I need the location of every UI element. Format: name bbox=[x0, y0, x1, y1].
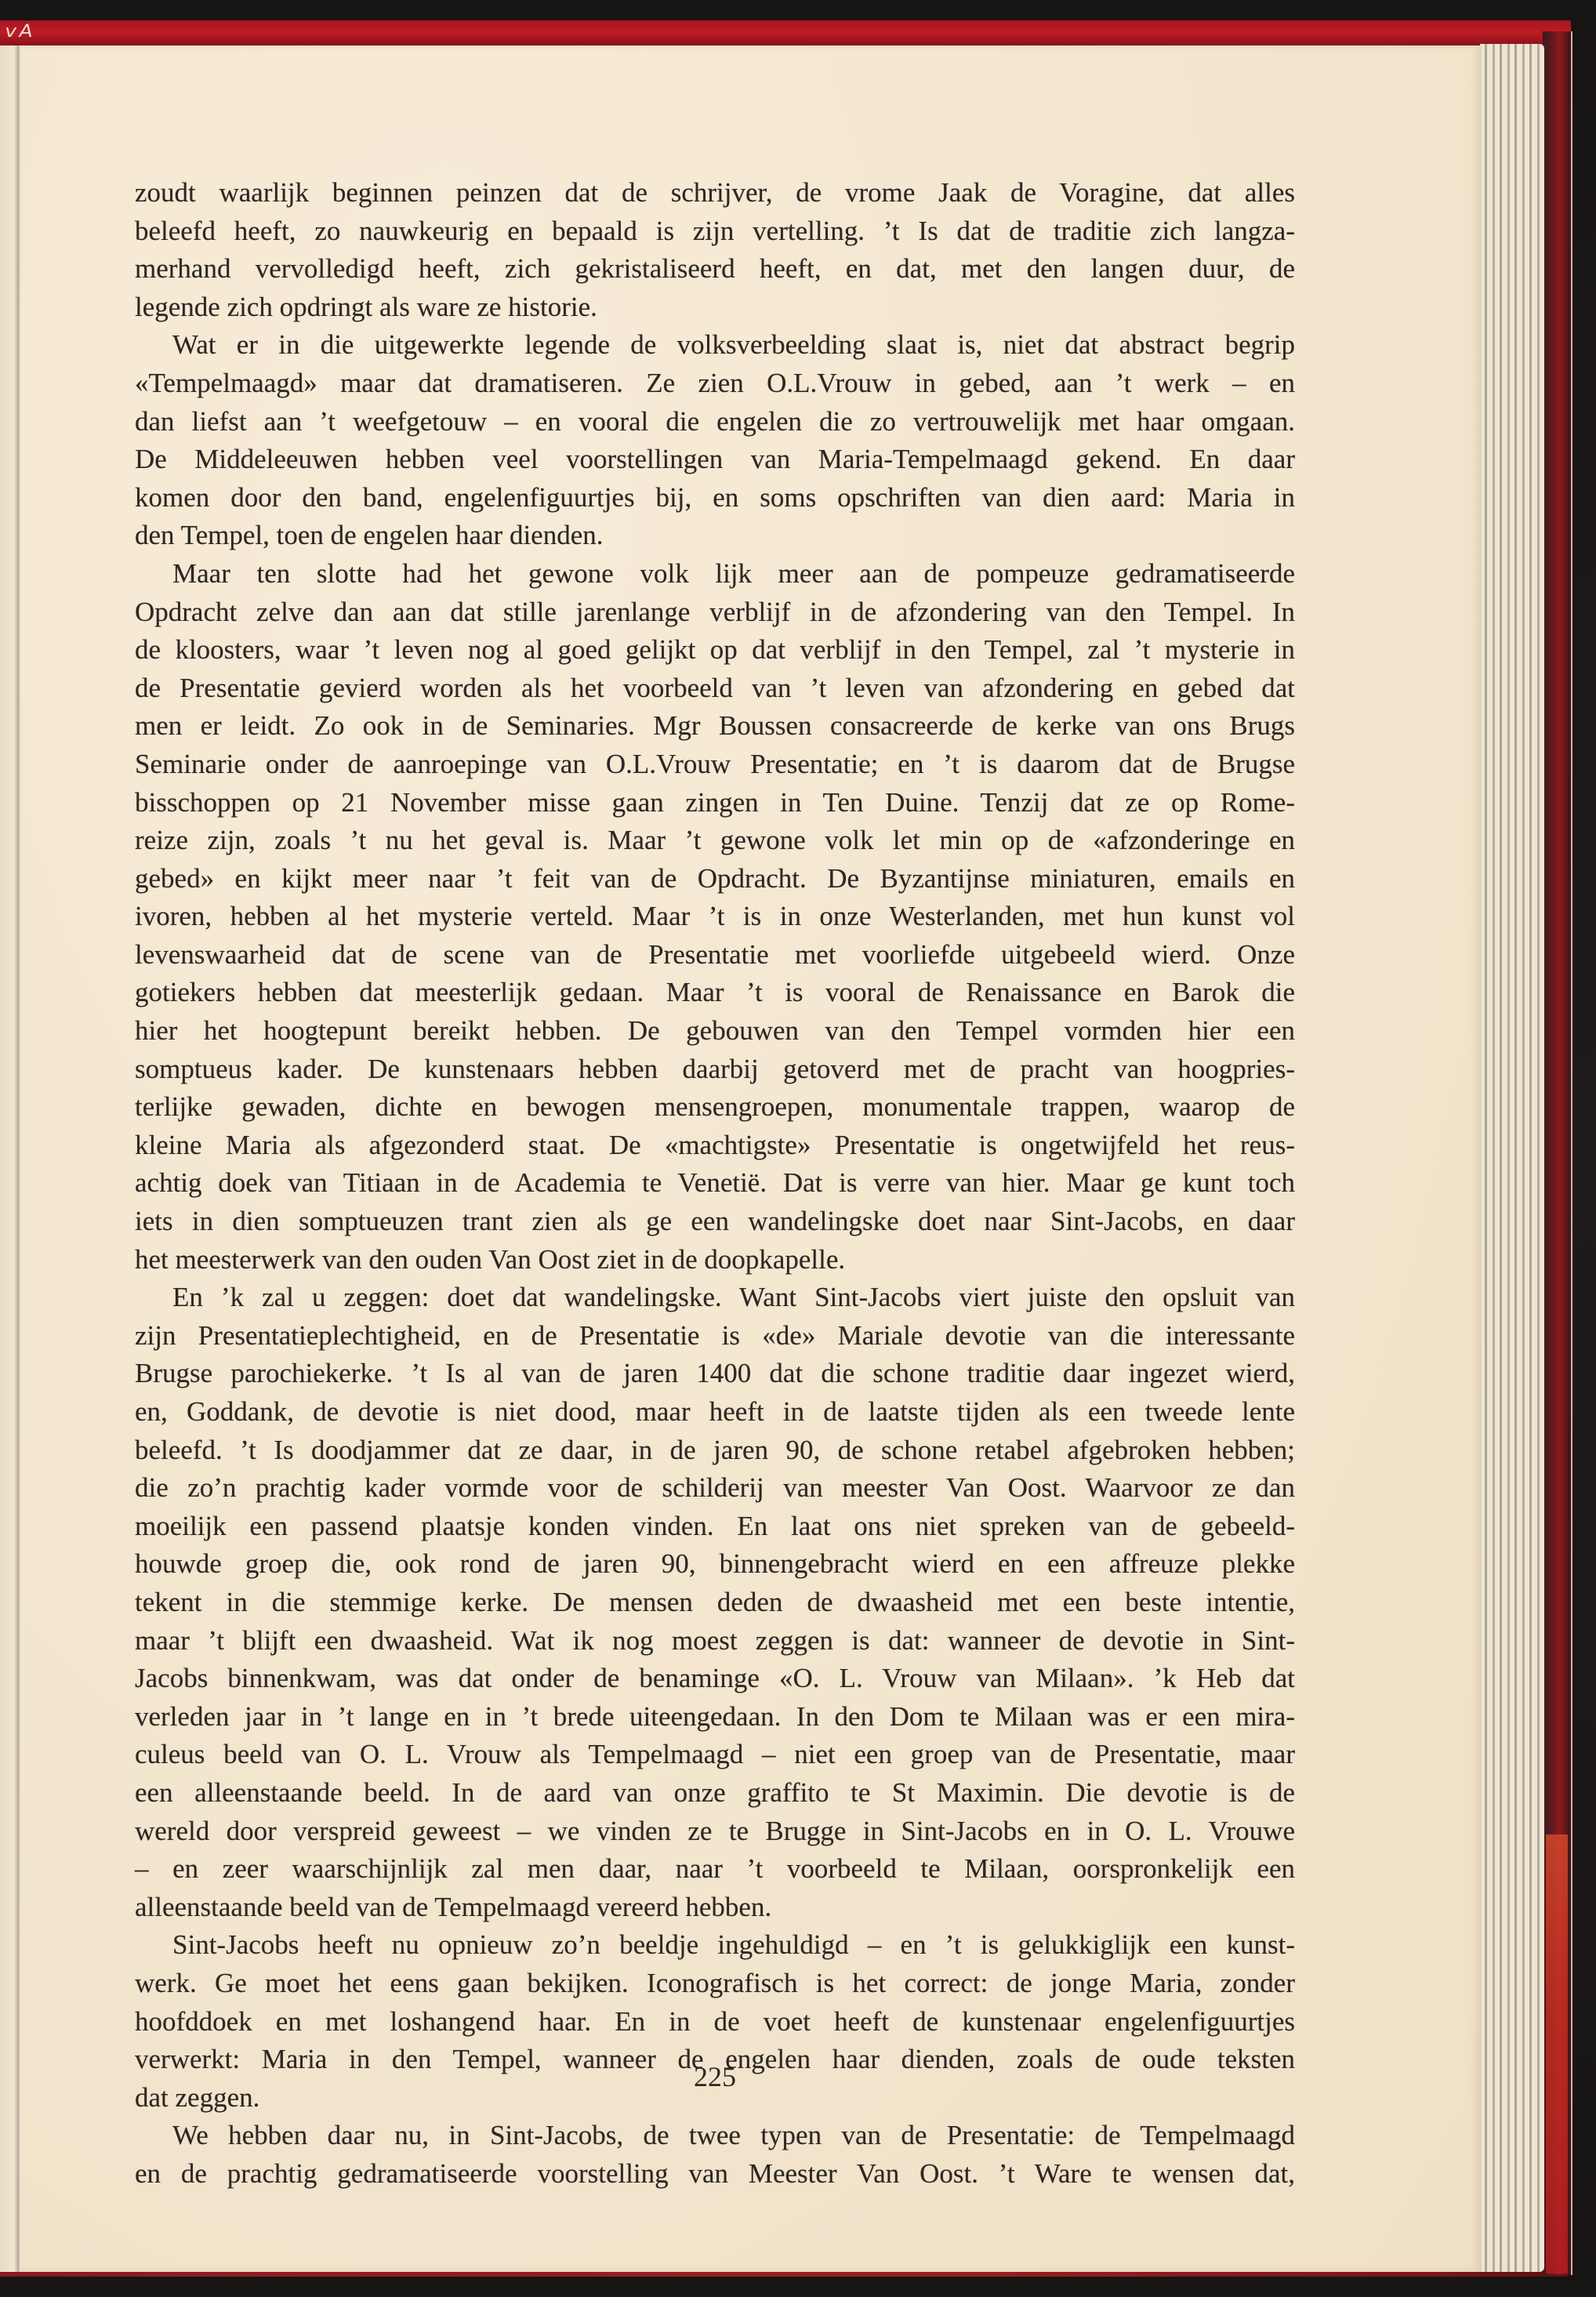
text-line: Jacobs binnenkwam, was dat onder de bena… bbox=[135, 1660, 1295, 1698]
text-line: hoofddoek en met loshangend haar. En in … bbox=[135, 2003, 1295, 2041]
text-line: legende zich opdringt als ware ze histor… bbox=[135, 288, 1295, 327]
text-line: somptueus kader. De kunstenaars hebben d… bbox=[135, 1051, 1295, 1089]
text-line: de kloosters, waar ’t leven nog al goed … bbox=[135, 631, 1295, 670]
book-cover-top-edge bbox=[0, 20, 1571, 47]
text-line: Maar ten slotte had het gewone volk lijk… bbox=[135, 555, 1295, 593]
text-line: die zo’n prachtig kader vormde voor de s… bbox=[135, 1469, 1295, 1508]
page-edges-stack bbox=[1480, 44, 1544, 2272]
text-line: en de prachtig gedramatiseerde voorstell… bbox=[135, 2155, 1295, 2194]
text-line: kleine Maria als afgezonderd staat. De «… bbox=[135, 1127, 1295, 1165]
text-line: De Middeleeuwen hebben veel voorstelling… bbox=[135, 441, 1295, 479]
text-line: het meesterwerk van den ouden Van Oost z… bbox=[135, 1241, 1295, 1279]
text-line: iets in dien somptueuzen trant zien als … bbox=[135, 1203, 1295, 1241]
text-line: Sint-Jacobs heeft nu opnieuw zo’n beeldj… bbox=[135, 1926, 1295, 1965]
text-line: terlijke gewaden, dichte en bewogen mens… bbox=[135, 1088, 1295, 1127]
text-line: zijn Presentatieplechtigheid, en de Pres… bbox=[135, 1317, 1295, 1355]
gutter-handwritten-mark: ᵛᴬ bbox=[5, 19, 34, 55]
text-line: «Tempelmaagd» maar dat dramatiseren. Ze … bbox=[135, 365, 1295, 403]
text-line: moeilijk een passend plaatsje konden vin… bbox=[135, 1508, 1295, 1546]
paragraph: We hebben daar nu, in Sint-Jacobs, de tw… bbox=[135, 2117, 1295, 2193]
text-line: – en zeer waarschijnlijk zal men daar, n… bbox=[135, 1850, 1295, 1889]
text-line: Opdracht zelve dan aan dat stille jarenl… bbox=[135, 593, 1295, 632]
text-line: En ’k zal u zeggen: doet dat wandelingsk… bbox=[135, 1279, 1295, 1317]
body-text: zoudt waarlijk beginnen peinzen dat de s… bbox=[135, 174, 1295, 2193]
text-line: reize zijn, zoals ’t nu het geval is. Ma… bbox=[135, 822, 1295, 860]
text-line: werk. Ge moet het eens gaan bekijken. Ic… bbox=[135, 1965, 1295, 2003]
paragraph: zoudt waarlijk beginnen peinzen dat de s… bbox=[135, 174, 1295, 326]
text-line: de Presentatie gevierd worden als het vo… bbox=[135, 670, 1295, 708]
paragraph: En ’k zal u zeggen: doet dat wandelingsk… bbox=[135, 1279, 1295, 1926]
text-line: bisschoppen op 21 November misse gaan zi… bbox=[135, 784, 1295, 822]
text-line: alleenstaande beeld van de Tempelmaagd v… bbox=[135, 1889, 1295, 1927]
text-line: Wat er in die uitgewerkte legende de vol… bbox=[135, 326, 1295, 365]
text-line: gotiekers hebben dat meesterlijk gedaan.… bbox=[135, 974, 1295, 1012]
text-line: Seminarie onder de aanroepinge van O.L.V… bbox=[135, 746, 1295, 784]
text-line: men er leidt. Zo ook in de Seminaries. M… bbox=[135, 707, 1295, 746]
text-line: merhand vervolledigd heeft, zich gekrist… bbox=[135, 250, 1295, 288]
text-line: ivoren, hebben al het mysterie verteld. … bbox=[135, 898, 1295, 936]
text-line: We hebben daar nu, in Sint-Jacobs, de tw… bbox=[135, 2117, 1295, 2155]
text-line: Brugse parochiekerke. ’t Is al van de ja… bbox=[135, 1355, 1295, 1393]
page-number: 225 bbox=[0, 2060, 1430, 2093]
text-line: hier het hoogtepunt bereikt hebben. De g… bbox=[135, 1012, 1295, 1051]
text-line: dan liefst aan ’t weefgetouw – en vooral… bbox=[135, 403, 1295, 441]
text-line: verleden jaar in ’t lange en in ’t brede… bbox=[135, 1698, 1295, 1736]
text-line: een alleenstaande beeld. In de aard van … bbox=[135, 1774, 1295, 1813]
text-line: tekent in die stemmige kerke. De mensen … bbox=[135, 1584, 1295, 1622]
text-line: maar ’t blijft een dwaasheid. Wat ik nog… bbox=[135, 1622, 1295, 1660]
paragraph: Maar ten slotte had het gewone volk lijk… bbox=[135, 555, 1295, 1279]
text-line: wereld door verspreid geweest – we vinde… bbox=[135, 1813, 1295, 1851]
text-line: en, Goddank, de devotie is niet dood, ma… bbox=[135, 1393, 1295, 1432]
text-line: komen door den band, engelenfiguurtjes b… bbox=[135, 479, 1295, 517]
book-cover-right-edge bbox=[1543, 31, 1572, 2275]
text-line: levenswaarheid dat de scene van de Prese… bbox=[135, 936, 1295, 974]
text-line: beleefd heeft, zo nauwkeurig en bepaald … bbox=[135, 212, 1295, 251]
text-line: beleefd. ’t Is doodjammer dat ze daar, i… bbox=[135, 1432, 1295, 1470]
text-line: achtig doek van Titiaan in de Academia t… bbox=[135, 1164, 1295, 1203]
paragraph: Wat er in die uitgewerkte legende de vol… bbox=[135, 326, 1295, 555]
text-line: zoudt waarlijk beginnen peinzen dat de s… bbox=[135, 174, 1295, 212]
text-line: culeus beeld van O. L. Vrouw als Tempelm… bbox=[135, 1736, 1295, 1774]
page-gutter bbox=[0, 45, 20, 2272]
text-line: houwde groep die, ook rond de jaren 90, … bbox=[135, 1545, 1295, 1584]
text-line: den Tempel, toen de engelen haar dienden… bbox=[135, 517, 1295, 555]
text-line: gebed» en kijkt meer naar ’t feit van de… bbox=[135, 860, 1295, 898]
